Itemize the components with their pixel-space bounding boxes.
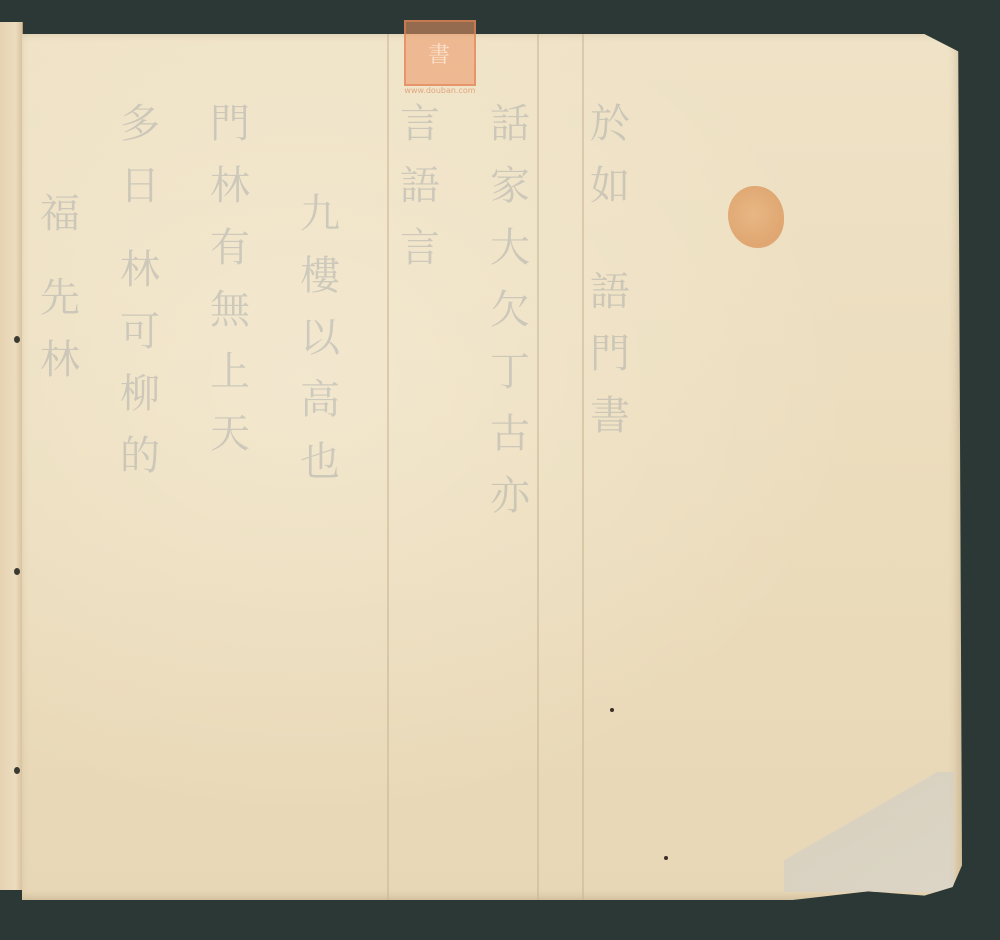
faint-character: 語 xyxy=(400,166,440,206)
faint-character: 大 xyxy=(490,228,530,268)
faint-character: 也 xyxy=(300,442,340,482)
text-column: 言 語 言 xyxy=(400,104,440,268)
faint-character: 如 xyxy=(590,166,630,206)
paper-fold-line xyxy=(537,34,539,900)
left-page-edge xyxy=(0,22,23,890)
faint-character: 日 xyxy=(120,166,160,206)
faint-character: 樓 xyxy=(300,256,340,296)
faint-character: 書 xyxy=(590,396,630,436)
watermark-glyph: 書 xyxy=(428,38,452,69)
faint-character: 柳 xyxy=(120,374,160,414)
faint-character: 以 xyxy=(300,318,340,358)
faint-character: 語 xyxy=(590,272,630,312)
faint-character: 家 xyxy=(490,166,530,206)
faint-character: 無 xyxy=(210,290,250,330)
text-column: 多 日 林 可 柳 的 xyxy=(120,104,160,476)
faint-character: 門 xyxy=(210,104,250,144)
faint-character: 林 xyxy=(210,166,250,206)
faint-character: 言 xyxy=(400,228,440,268)
faint-character: 言 xyxy=(400,104,440,144)
faint-character: 林 xyxy=(40,340,80,380)
watermark-caption: www.douban.com xyxy=(404,86,476,95)
binding-hole xyxy=(14,568,20,575)
text-column: 福 先 林 xyxy=(40,194,80,380)
faint-character: 高 xyxy=(300,380,340,420)
binding-hole xyxy=(14,767,20,774)
faint-character: 古 xyxy=(490,414,530,454)
faint-character: 先 xyxy=(40,278,80,318)
paper-fold-line xyxy=(582,34,584,900)
worn-corner xyxy=(784,772,954,892)
faint-character: 林 xyxy=(120,250,160,290)
faint-character: 欠 xyxy=(490,290,530,330)
faint-character: 丁 xyxy=(490,352,530,392)
faint-character: 於 xyxy=(590,104,630,144)
ink-speck xyxy=(610,708,614,712)
faint-character: 可 xyxy=(120,312,160,352)
faint-character: 多 xyxy=(120,104,160,144)
scanned-manuscript: 於 如 語 門 書 話 家 大 欠 丁 古 亦 言 語 言 九 樓 以 高 也 xyxy=(0,0,1000,940)
ink-speck xyxy=(664,856,668,860)
binding-hole xyxy=(14,336,20,343)
faint-character: 天 xyxy=(210,414,250,454)
watermark-stamp: 書 xyxy=(404,20,476,86)
faint-character: 有 xyxy=(210,228,250,268)
faint-character: 的 xyxy=(120,436,160,476)
text-column: 門 林 有 無 上 天 xyxy=(210,104,250,454)
faint-character: 亦 xyxy=(490,476,530,516)
text-column: 於 如 語 門 書 xyxy=(590,104,630,436)
faint-character: 福 xyxy=(40,194,80,234)
text-column: 話 家 大 欠 丁 古 亦 xyxy=(490,104,530,516)
faint-character: 話 xyxy=(490,104,530,144)
faint-character: 九 xyxy=(300,194,340,234)
brown-stain xyxy=(728,186,784,248)
paper-fold-line xyxy=(387,34,389,900)
text-column: 九 樓 以 高 也 xyxy=(300,194,340,482)
faint-character: 門 xyxy=(590,334,630,374)
faint-character: 上 xyxy=(210,352,250,392)
manuscript-page: 於 如 語 門 書 話 家 大 欠 丁 古 亦 言 語 言 九 樓 以 高 也 xyxy=(22,34,962,900)
